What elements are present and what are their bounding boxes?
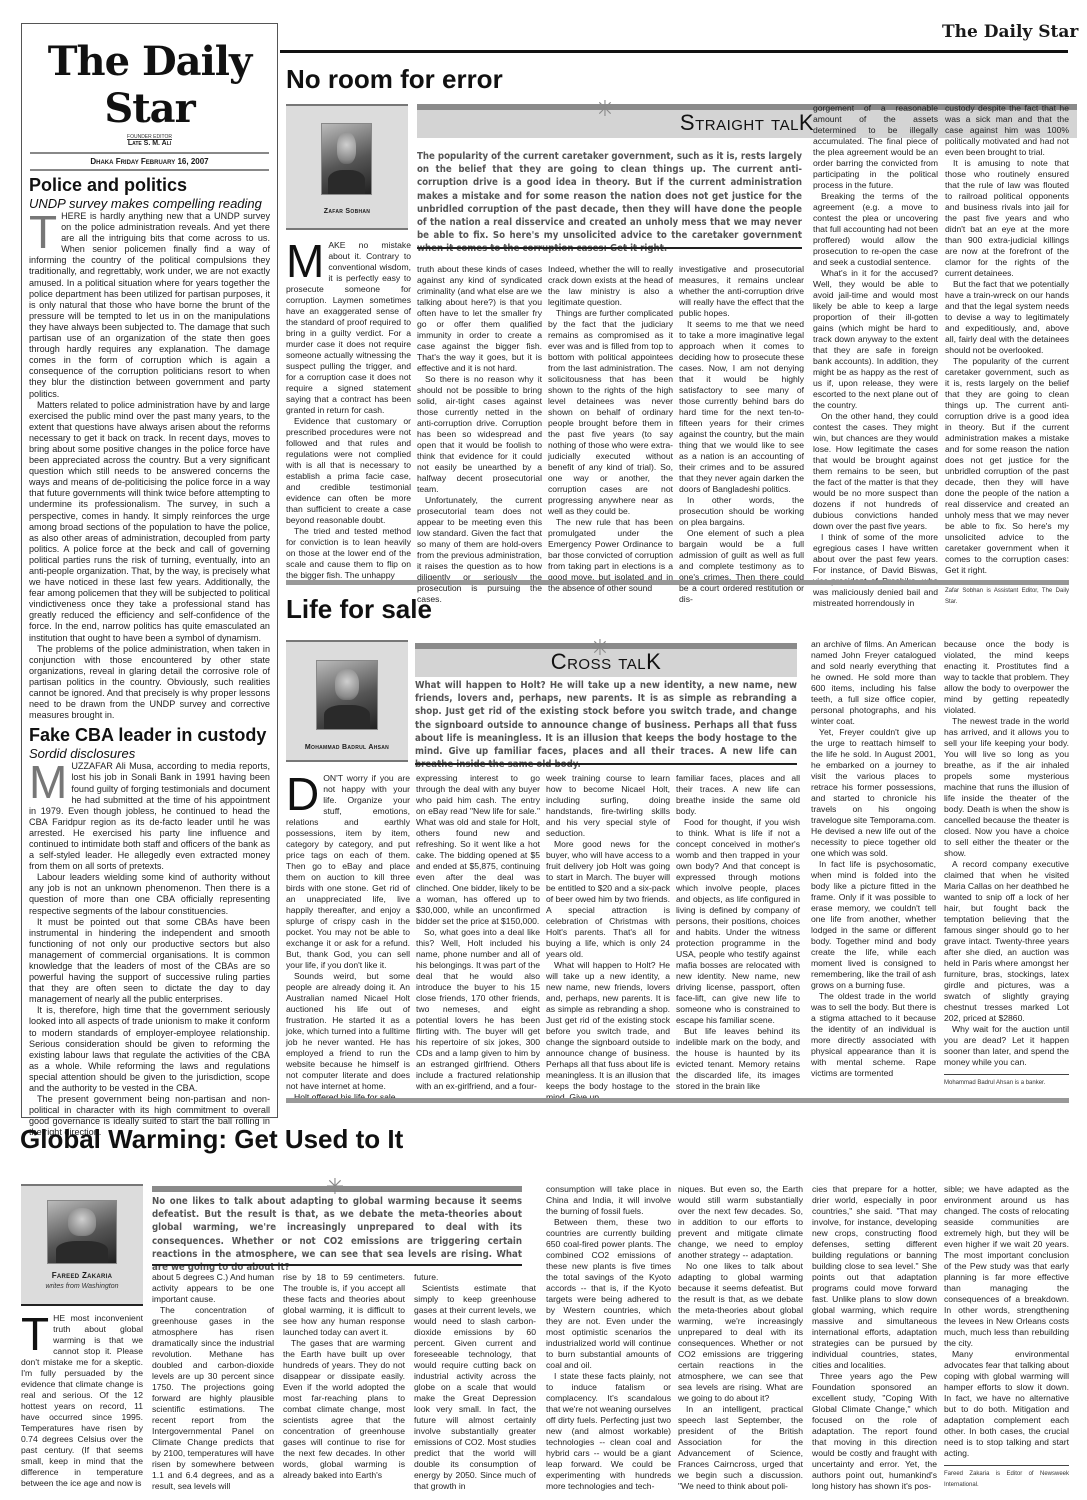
author-photo: [321, 123, 372, 195]
article-column: consumption will take place in China and…: [546, 1184, 671, 1492]
article-column: sible; we have adapted as the environmen…: [944, 1184, 1069, 1491]
paragraph: In fact life is psychosomatic, when mind…: [811, 859, 936, 991]
paragraph: It seems to me that we need to take a mo…: [679, 319, 804, 495]
paragraph: Things are further complicated by the fa…: [548, 308, 673, 517]
pullquote: What will happen to Holt? He will take u…: [415, 679, 797, 771]
divider: [415, 763, 797, 765]
editorial-body: M UZZAFAR Ali Musa, according to media r…: [29, 761, 270, 1138]
paragraph: cies that prepare for a hotter, drier wo…: [812, 1184, 937, 1371]
article-column: investigative and prosecutorial measures…: [679, 264, 804, 605]
paragraph: It must be pointed out that some CBAs ha…: [29, 917, 270, 1006]
paragraph: investigative and prosecutorial measures…: [679, 264, 804, 319]
article-column: truth about these kinds of cases against…: [417, 264, 542, 605]
paragraph: The gases that are warming the Earth hav…: [283, 1338, 405, 1481]
star-icon: ✳: [592, 96, 618, 122]
paragraph: In other words, the prosecution should b…: [679, 495, 804, 528]
paragraph: The oldest trade in the world was to sel…: [811, 991, 936, 1079]
paragraph: rise by 18 to 59 centimeters. The troubl…: [283, 1272, 405, 1338]
article-column: familiar faces, places and all their tra…: [676, 773, 800, 1092]
pullquote: No one likes to talk about adapting to g…: [152, 1195, 522, 1274]
paragraph: What will happen to Holt? He will take u…: [546, 960, 670, 1103]
paragraph: consumption will take place in China and…: [546, 1184, 671, 1217]
column-title-bar: ✳ Cross talK: [415, 643, 797, 677]
paragraph: One element of such a plea bargain would…: [679, 528, 804, 605]
paragraph: Matters related to police administration…: [29, 400, 270, 644]
star-icon: ✳: [587, 635, 613, 661]
divider: [152, 1264, 522, 1266]
section-divider: [286, 580, 1069, 585]
divider: [417, 247, 802, 249]
paragraph: A record company executive claimed that …: [944, 859, 1069, 1024]
paragraph: The newest trade in the world has arrive…: [944, 716, 1069, 859]
paragraph: The tried and tested method for convicti…: [286, 526, 411, 581]
paragraph: Breaking the terms of the agreement (e.g…: [813, 191, 938, 268]
editorial-subhead: UNDP survey makes compelling reading: [29, 196, 270, 211]
paragraph: Three years ago the Pew Foundation spons…: [812, 1371, 937, 1492]
article-column: M AKE no mistake about it. Contrary to c…: [286, 240, 411, 581]
byline-box: Zafar Sobhan: [286, 104, 408, 230]
paragraph: niques. But even so, the Earth would sti…: [678, 1184, 803, 1261]
paragraph: Yet, Freyer couldn't give up the urge to…: [811, 727, 936, 859]
dropcap: T: [29, 213, 57, 251]
paragraph: Between them, these two countries are cu…: [546, 1217, 671, 1371]
author-credit: Zafar Sobhan is Assistant Editor, The Da…: [945, 582, 1069, 608]
paragraph: about 5 degrees C.) And human activity a…: [152, 1272, 274, 1305]
author-photo: [47, 1200, 117, 1264]
paragraph: familiar faces, places and all their tra…: [676, 773, 800, 817]
byline-box: Mohammad Badrul Ahsan: [286, 640, 408, 762]
article-column: cies that prepare for a hotter, drier wo…: [812, 1184, 937, 1492]
paragraph: an archive of films. An American named J…: [811, 639, 936, 727]
column-title-bar: ✳: [152, 1186, 522, 1192]
paragraph: I think of some of the more egregious ca…: [813, 532, 938, 609]
dropcap: D: [286, 775, 319, 813]
paragraph: Unfortunately, the current prosecutorial…: [417, 495, 542, 605]
masthead-logo: The Daily Star: [22, 38, 277, 132]
article-column: because once the body is violated, the m…: [944, 639, 1069, 1089]
paragraph: What's in it for the accused? Well, they…: [813, 268, 938, 411]
paragraph: No one likes to talk about adapting to g…: [678, 1261, 803, 1404]
article-column: an archive of films. An American named J…: [811, 639, 936, 1079]
paragraph: sible; we have adapted as the environmen…: [944, 1184, 1069, 1349]
dropcap: M: [286, 242, 324, 280]
paragraph: gorgement of a reasonable amount of the …: [813, 103, 938, 191]
article-headline: Global Warming: Get Used to It: [20, 1124, 403, 1155]
pullquote: The popularity of the current caretaker …: [417, 150, 802, 256]
dropcap: M: [29, 763, 67, 801]
paragraph: Labour leaders wielding some kind of aut…: [29, 872, 270, 916]
paragraph: So there is no reason why it should not …: [417, 374, 542, 495]
paragraph: But the fact that we potentially have a …: [945, 279, 1069, 356]
author-photo: [316, 660, 378, 730]
paragraph: Sounds weird, but some people are alread…: [286, 971, 410, 1092]
author-location: writes from Washington: [21, 1283, 143, 1290]
dateline: Dhaka Friday February 16, 2007: [30, 152, 269, 171]
article-column: expressing interest to go through the de…: [416, 773, 540, 1092]
author-name: Fareed Zakaria: [21, 1271, 143, 1280]
editorial-headline: Police and politics: [29, 175, 270, 196]
editorial-panel: The Daily Star FOUNDER EDITOR Late S. M.…: [21, 23, 278, 1118]
author-credit: Fareed Zakaria is Editor of Newsweek Int…: [944, 1465, 1069, 1491]
paragraph: custody despite the fact that he was a s…: [945, 103, 1069, 158]
article-column: custody despite the fact that he was a s…: [945, 103, 1069, 608]
paragraph: It is, therefore, high time that the gov…: [29, 1005, 270, 1094]
author-name: Zafar Sobhan: [286, 208, 408, 215]
paragraph: Evidence that customary or prescribed pr…: [286, 416, 411, 526]
author-name: Mohammad Badrul Ahsan: [286, 744, 408, 751]
paragraph: More good news for the buyer, who will h…: [546, 839, 670, 960]
article-headline: Life for sale: [286, 594, 432, 625]
author-credit: Mohammad Badrul Ahsan is a banker.: [944, 1074, 1069, 1089]
article-headline: No room for error: [286, 64, 503, 95]
editorial-body: T HERE is hardly anything new that a UND…: [29, 211, 270, 721]
paragraph: The popularity of the current caretaker …: [945, 356, 1069, 576]
article-column: gorgement of a reasonable amount of the …: [813, 103, 938, 609]
paragraph: Many environmental advocates fear that t…: [944, 1349, 1069, 1459]
paragraph: truth about these kinds of cases against…: [417, 264, 542, 374]
paragraph: Why wait for the auction until you are d…: [944, 1024, 1069, 1068]
paragraph: HERE is hardly anything new that a UNDP …: [29, 211, 270, 400]
paragraph: In an intelligent, practical speech last…: [678, 1404, 803, 1492]
paragraph: week training course to learn how to bec…: [546, 773, 670, 839]
paragraph: because once the body is violated, the m…: [944, 639, 1069, 716]
paragraph: The problems of the police administratio…: [29, 644, 270, 722]
article-column: D ON'T worry if you are not happy with y…: [286, 773, 410, 1103]
article-column: about 5 degrees C.) And human activity a…: [152, 1272, 274, 1492]
article-column: future. Scientists estimate that simply …: [414, 1272, 536, 1492]
paragraph: On the other hand, they could contest th…: [813, 411, 938, 532]
dropcap: T: [21, 1315, 49, 1353]
section-divider: [286, 1098, 1069, 1103]
article-column: rise by 18 to 59 centimeters. The troubl…: [283, 1272, 405, 1481]
article-column: Indeed, whether the will to really crack…: [548, 264, 673, 594]
corner-masthead: The Daily Star: [942, 22, 1078, 42]
paragraph: The concentration of greenhouse gases in…: [152, 1305, 274, 1492]
byline-box: Fareed Zakaria writes from Washington: [21, 1184, 143, 1306]
paragraph: Food for thought, if you wish to think. …: [676, 817, 800, 1026]
article-column: T HE most inconvenient truth about globa…: [21, 1313, 143, 1489]
article-column: niques. But even so, the Earth would sti…: [678, 1184, 803, 1492]
column-title: Straight talK: [680, 110, 814, 135]
paragraph: Scientists estimate that simply to keep …: [414, 1283, 536, 1492]
editorial-headline: Fake CBA leader in custody: [29, 725, 270, 746]
founder-name: Late S. M. Ali: [22, 140, 277, 147]
paragraph: It is amusing to note that those who rou…: [945, 158, 1069, 279]
paragraph: expressing interest to go through the de…: [416, 773, 540, 927]
article-column: week training course to learn how to bec…: [546, 773, 670, 1103]
paragraph: Indeed, whether the will to really crack…: [548, 264, 673, 308]
paragraph: I state these facts plainly, not to indu…: [546, 1371, 671, 1492]
paragraph: But life leaves behind its indelible mar…: [676, 1026, 800, 1092]
paragraph: future.: [414, 1272, 536, 1283]
paragraph: So, what goes into a deal like this? Wel…: [416, 927, 540, 1092]
top-rule: [280, 50, 1068, 53]
